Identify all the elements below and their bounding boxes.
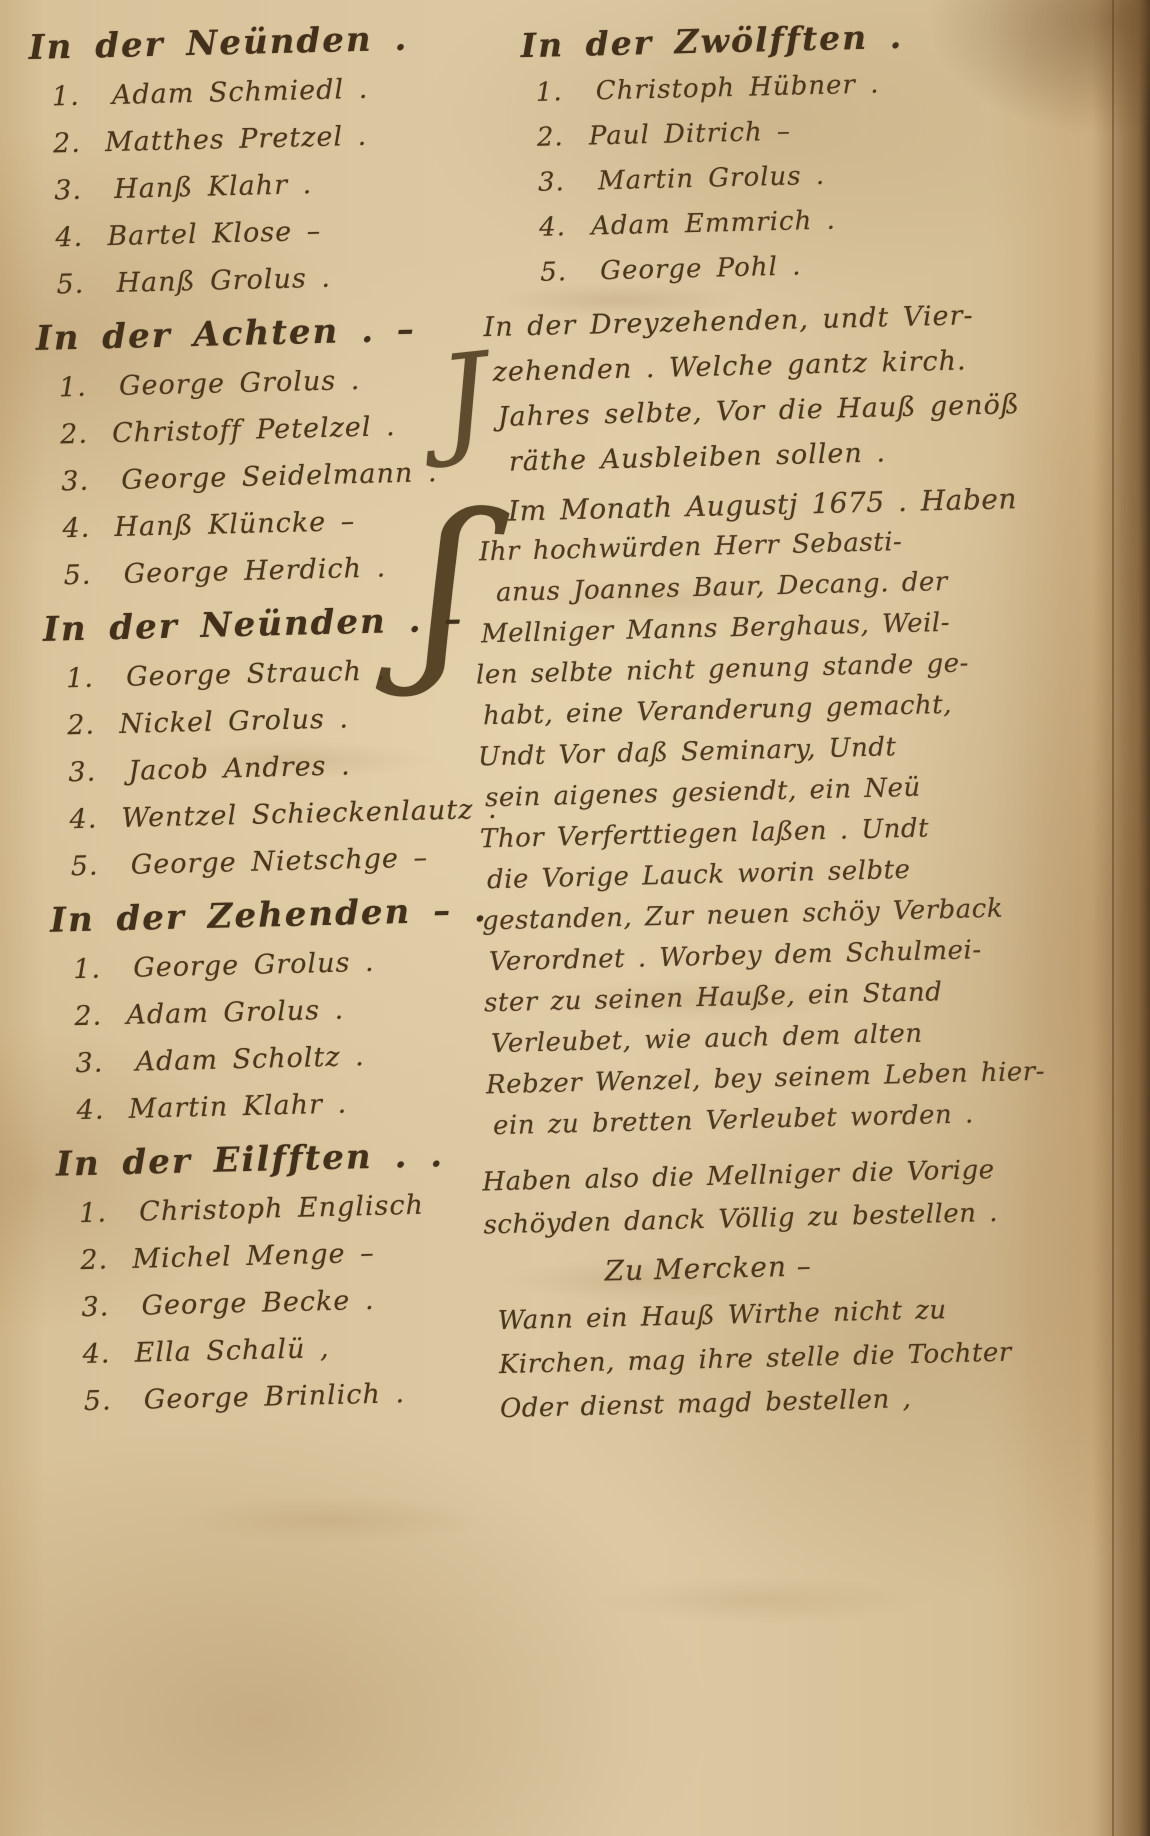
section-heading: In der Achten . –: [35, 308, 466, 358]
row-number: 2.: [80, 1236, 133, 1284]
row-number: 1.: [58, 363, 111, 411]
row-number: 2.: [536, 115, 589, 161]
dreyzehenden-note: In der Dreyzehenden, undt Vier- zehenden…: [453, 292, 1017, 486]
roster-list: 1.Adam Schmiedl . 2.Matthes Pretzel . 3.…: [29, 63, 465, 308]
right-column: In der Zwölfften . 1.Christoph Hübner . …: [446, 4, 1040, 1431]
row-name: George Strauch .: [118, 647, 387, 701]
roster-section-eilfften: In der Eilfften . . 1.Christoph Englisch…: [56, 1134, 493, 1425]
roster-section-neunden-1: In der Neünden . 1.Adam Schmiedl . 2.Mat…: [28, 17, 465, 308]
roster-list: 1.Christoph Hübner . 2.Paul Ditrich – 3.…: [447, 59, 1012, 298]
row-number: 1.: [66, 654, 119, 702]
row-number: 4.: [69, 795, 122, 843]
roster-list: 1.George Strauch . 2.Nickel Grolus . 3.J…: [44, 645, 480, 890]
row-name: Adam Emmrich .: [591, 199, 837, 250]
row-name: Hanß Klüncke –: [114, 498, 356, 551]
entry-1675: Im Monath Augustj 1675 . Haben Ihr hochw…: [458, 478, 1034, 1147]
row-number: 2.: [74, 992, 127, 1040]
row-number: 3.: [81, 1283, 134, 1331]
section-heading: In der Eilfften . .: [56, 1134, 487, 1184]
final-note: Wann ein Hauß Wirthe nicht zu Kirchen, m…: [477, 1286, 1040, 1432]
section-heading: In der Neünden . –: [42, 599, 473, 649]
row-name: George Nietschge –: [122, 834, 428, 888]
row-name: Christoph Hübner .: [587, 62, 880, 114]
row-number: 1.: [73, 945, 126, 993]
row-number: 3.: [54, 166, 107, 214]
row-number: 5.: [63, 551, 116, 599]
row-number: 4.: [62, 504, 115, 552]
roster-section-zehenden: In der Zehenden – . 1.George Grolus . 2.…: [50, 890, 486, 1134]
roster-section-zwoelfften: In der Zwölfften . 1.Christoph Hübner . …: [446, 14, 1012, 298]
roster-row: 3.George Seidelmann .: [61, 448, 470, 505]
row-name: Adam Scholtz .: [127, 1033, 365, 1086]
row-number: 5.: [83, 1377, 136, 1425]
roster-section-neunden-2: In der Neünden . – 1.George Strauch . 2.…: [42, 599, 479, 890]
roster-list: 1.George Grolus . 2.Christoff Petelzel .…: [36, 354, 472, 599]
roster-row: 4.Martin Klahr .: [76, 1077, 485, 1134]
row-number: 2.: [60, 410, 113, 458]
row-name: Christoff Petelzel .: [112, 403, 397, 457]
row-number: 2.: [67, 701, 120, 749]
row-name: Jacob Andres .: [120, 742, 351, 795]
row-number: 1.: [79, 1189, 132, 1237]
row-name: Ella Schalü ,: [134, 1325, 330, 1377]
row-name: George Brinlich .: [135, 1370, 405, 1424]
row-name: Martin Klahr .: [128, 1081, 348, 1133]
row-name: Nickel Grolus .: [119, 695, 350, 748]
row-number: 2.: [53, 119, 106, 167]
roster-row: 5.George Herdich .: [63, 542, 472, 599]
row-name: Wentzel Schieckenlautz .: [121, 786, 498, 842]
row-number: 3.: [68, 748, 121, 796]
row-number: 5.: [70, 842, 123, 890]
row-name: George Seidelmann .: [113, 449, 438, 504]
row-number: 1.: [51, 72, 104, 120]
row-name: Paul Ditrich –: [588, 110, 791, 160]
row-number: 4.: [76, 1086, 129, 1134]
row-name: George Pohl .: [592, 244, 802, 294]
row-name: Adam Schmiedl .: [103, 66, 368, 119]
roster-list: 1.Christoph Englisch 2.Michel Menge – 3.…: [57, 1180, 493, 1425]
manuscript-page: J ʃ In der Neünden . 1.Adam Schmiedl . 2…: [0, 0, 1150, 1836]
row-number: 3.: [61, 457, 114, 505]
row-number: 3.: [75, 1039, 128, 1087]
row-number: 5.: [540, 250, 593, 296]
row-name: Christoph Englisch: [131, 1182, 425, 1236]
roster-row: 5.Hanß Grolus .: [56, 251, 465, 308]
row-name: Adam Grolus .: [126, 987, 345, 1039]
row-name: Hanß Grolus .: [108, 255, 332, 307]
row-number: 3.: [538, 160, 591, 206]
roster-section-achten: In der Achten . – 1.George Grolus . 2.Ch…: [35, 308, 472, 599]
row-name: George Grolus .: [110, 357, 360, 410]
closing-note: Haben also die Mellniger die Vorige schö…: [474, 1148, 1036, 1248]
row-name: George Becke .: [133, 1277, 375, 1330]
row-name: Bartel Klose –: [107, 208, 322, 260]
row-name: Martin Grolus .: [590, 154, 826, 205]
row-name: George Grolus .: [125, 939, 375, 992]
row-name: Michel Menge –: [132, 1230, 375, 1283]
section-heading: In der Zehenden – .: [50, 890, 481, 940]
roster-list: 1.George Grolus . 2.Adam Grolus . 3.Adam…: [51, 936, 485, 1134]
section-heading: In der Zwölfften .: [446, 14, 1007, 67]
row-number: 4.: [82, 1330, 135, 1378]
row-name: George Herdich .: [115, 544, 387, 598]
row-name: Hanß Klahr .: [106, 161, 313, 213]
section-heading: In der Neünden .: [28, 17, 459, 67]
roster-row: 5.George Nietschge –: [70, 833, 479, 890]
row-number: 4.: [55, 213, 108, 261]
row-number: 5.: [56, 260, 109, 308]
left-column: In der Neünden . 1.Adam Schmiedl . 2.Mat…: [28, 7, 492, 1425]
row-number: 4.: [539, 205, 592, 251]
row-number: 1.: [535, 70, 588, 116]
row-name: Matthes Pretzel .: [104, 113, 367, 166]
roster-row: 5.George Brinlich .: [83, 1368, 492, 1425]
